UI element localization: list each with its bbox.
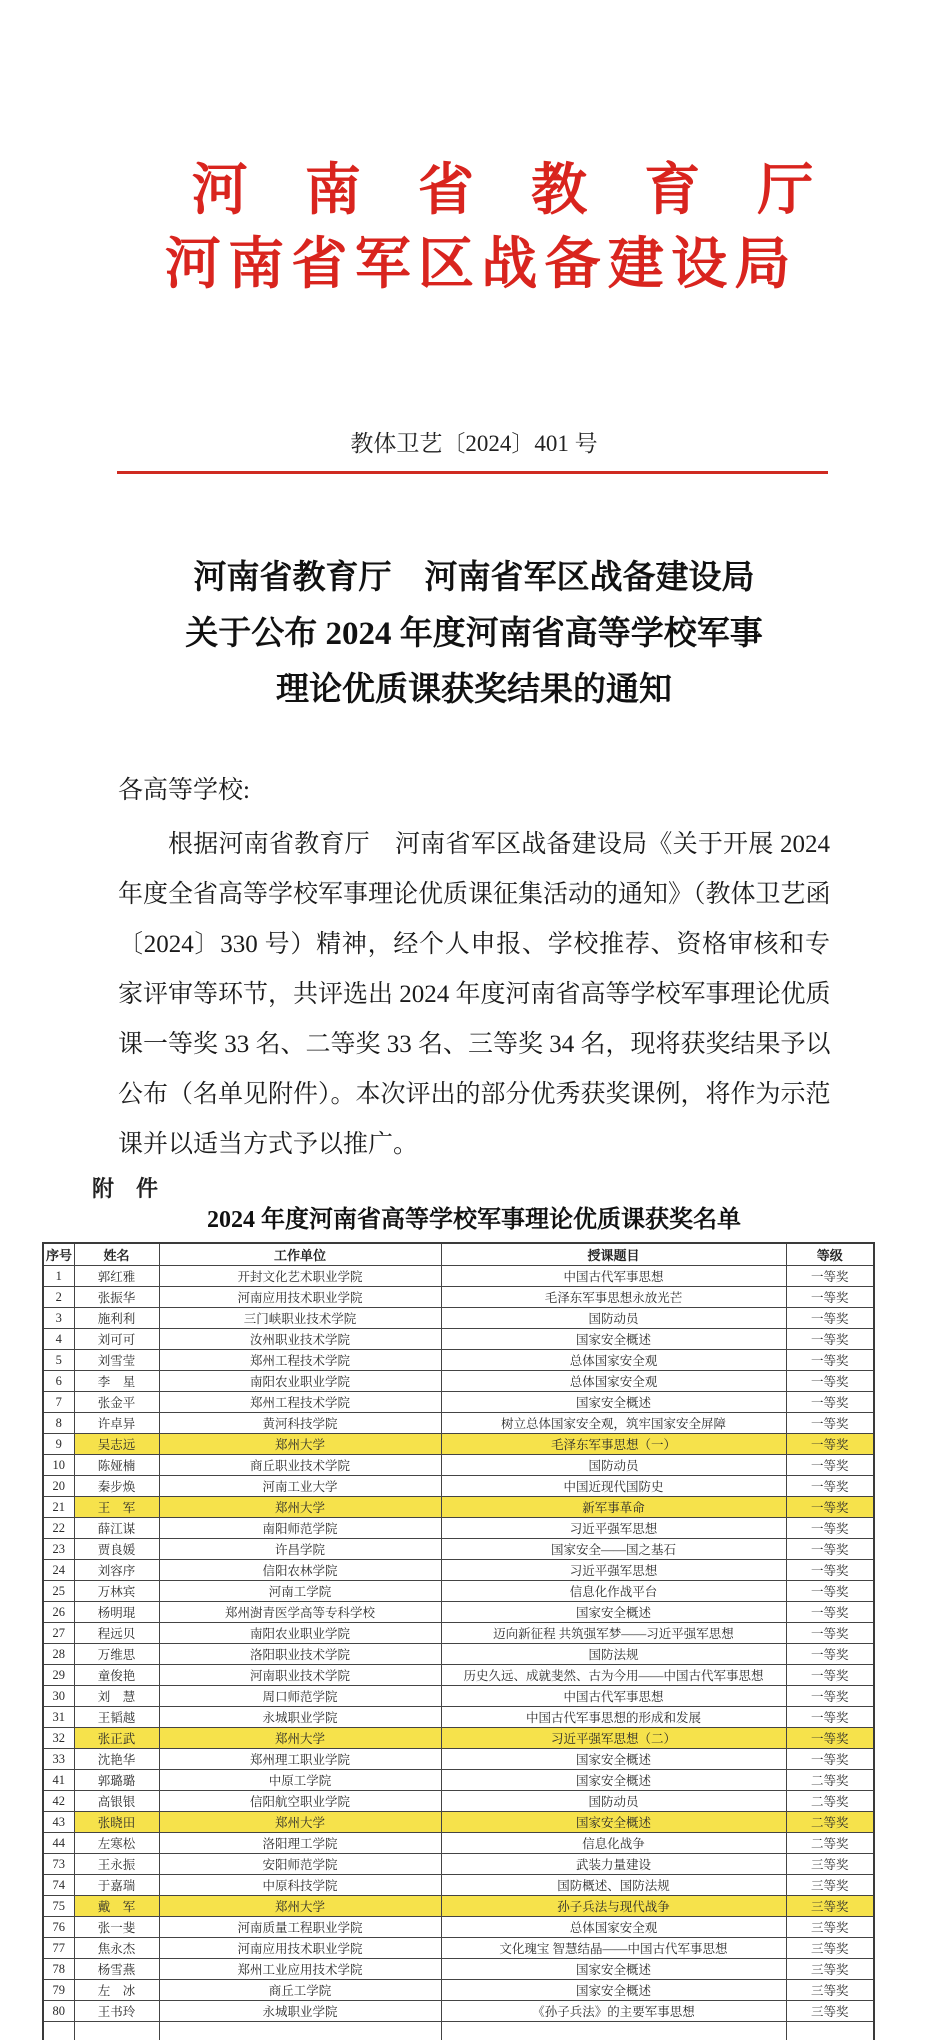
cell-topic: 国防动员 — [441, 1308, 786, 1329]
cell-no: 2 — [43, 1287, 74, 1308]
cell-topic: 国家安全概述 — [441, 1959, 786, 1980]
notice-title-line3: 理论优质课获奖结果的通知 — [0, 663, 948, 710]
cell-name: 万维思 — [74, 1644, 159, 1665]
cell-no: 9 — [43, 1434, 74, 1455]
table-row: 21王 军郑州大学新军事革命一等奖 — [43, 1497, 874, 1518]
table-row — [43, 2022, 874, 2040]
cell-topic: 中国古代军事思想 — [441, 1266, 786, 1287]
cell-name: 左 冰 — [74, 1980, 159, 2001]
cell-name: 王韬越 — [74, 1707, 159, 1728]
cell-grade: 一等奖 — [786, 1560, 874, 1581]
cell-no: 22 — [43, 1518, 74, 1539]
cell-grade: 一等奖 — [786, 1665, 874, 1686]
cell-grade: 一等奖 — [786, 1266, 874, 1287]
cell-grade: 一等奖 — [786, 1749, 874, 1770]
cell-name: 王书玲 — [74, 2001, 159, 2022]
cell-org: 郑州大学 — [159, 1497, 441, 1518]
cell-no: 8 — [43, 1413, 74, 1434]
body-line: 〔2024〕330 号）精神，经个人申报、学校推荐、资格审核和专 — [118, 920, 830, 970]
header-grade: 等级 — [786, 1243, 874, 1266]
cell-topic: 国家安全——国之基石 — [441, 1539, 786, 1560]
cell-name: 郭红雅 — [74, 1266, 159, 1287]
cell-grade: 三等奖 — [786, 1854, 874, 1875]
table-row: 44左寒松洛阳理工学院信息化战争二等奖 — [43, 1833, 874, 1854]
table-row: 42高银银信阳航空职业学院国防动员二等奖 — [43, 1791, 874, 1812]
cell-topic: 总体国家安全观 — [441, 1917, 786, 1938]
header-no: 序号 — [43, 1243, 74, 1266]
cell-no: 25 — [43, 1581, 74, 1602]
cell-no: 75 — [43, 1896, 74, 1917]
cell-topic: 历史久远、成就斐然、古为今用——中国古代军事思想 — [441, 1665, 786, 1686]
table-row: 6李 星南阳农业职业学院总体国家安全观一等奖 — [43, 1371, 874, 1392]
table-row: 10陈娅楠商丘职业技术学院国防动员一等奖 — [43, 1455, 874, 1476]
document-number: 教体卫艺〔2024〕401 号 — [0, 425, 948, 458]
cell-name — [74, 2022, 159, 2040]
cell-name: 左寒松 — [74, 1833, 159, 1854]
cell-grade: 一等奖 — [786, 1434, 874, 1455]
cell-topic: 国防动员 — [441, 1455, 786, 1476]
table-row: 28万维思洛阳职业技术学院国防法规一等奖 — [43, 1644, 874, 1665]
cell-org: 河南质量工程职业学院 — [159, 1917, 441, 1938]
header-org: 工作单位 — [159, 1243, 441, 1266]
cell-no: 32 — [43, 1728, 74, 1749]
cell-grade: 一等奖 — [786, 1329, 874, 1350]
cell-topic: 武装力量建设 — [441, 1854, 786, 1875]
cell-grade: 一等奖 — [786, 1455, 874, 1476]
cell-org: 洛阳职业技术学院 — [159, 1644, 441, 1665]
table-row: 29童俊艳河南职业技术学院历史久远、成就斐然、古为今用——中国古代军事思想一等奖 — [43, 1665, 874, 1686]
cell-org: 南阳农业职业学院 — [159, 1371, 441, 1392]
cell-grade: 一等奖 — [786, 1602, 874, 1623]
cell-org: 永城职业学院 — [159, 1707, 441, 1728]
table-row: 24刘容序信阳农林学院习近平强军思想一等奖 — [43, 1560, 874, 1581]
table-row: 32张正武郑州大学习近平强军思想（二）一等奖 — [43, 1728, 874, 1749]
cell-grade: 三等奖 — [786, 1896, 874, 1917]
cell-org — [159, 2022, 441, 2040]
cell-no: 42 — [43, 1791, 74, 1812]
cell-name: 杨明琨 — [74, 1602, 159, 1623]
cell-name: 王 军 — [74, 1497, 159, 1518]
cell-org: 开封文化艺术职业学院 — [159, 1266, 441, 1287]
cell-org: 商丘工学院 — [159, 1980, 441, 2001]
cell-topic: 毛泽东军事思想（一） — [441, 1434, 786, 1455]
cell-name: 张一斐 — [74, 1917, 159, 1938]
cell-topic: 习近平强军思想 — [441, 1560, 786, 1581]
cell-no: 73 — [43, 1854, 74, 1875]
cell-no: 76 — [43, 1917, 74, 1938]
table-row: 77焦永杰河南应用技术职业学院文化瑰宝 智慧结晶——中国古代军事思想三等奖 — [43, 1938, 874, 1959]
cell-org: 中原科技学院 — [159, 1875, 441, 1896]
cell-no: 1 — [43, 1266, 74, 1287]
cell-topic: 国家安全概述 — [441, 1980, 786, 2001]
cell-grade: 一等奖 — [786, 1308, 874, 1329]
cell-grade: 一等奖 — [786, 1287, 874, 1308]
cell-org: 永城职业学院 — [159, 2001, 441, 2022]
cell-no: 4 — [43, 1329, 74, 1350]
cell-topic: 中国古代军事思想 — [441, 1686, 786, 1707]
table-row: 25万林宾河南工学院信息化作战平台一等奖 — [43, 1581, 874, 1602]
header-topic: 授课题目 — [441, 1243, 786, 1266]
table-row: 26杨明琨郑州澍青医学高等专科学校国家安全概述一等奖 — [43, 1602, 874, 1623]
cell-name: 吴志远 — [74, 1434, 159, 1455]
table-row: 3施利利三门峡职业技术学院国防动员一等奖 — [43, 1308, 874, 1329]
cell-no: 21 — [43, 1497, 74, 1518]
cell-org: 洛阳理工学院 — [159, 1833, 441, 1854]
cell-name: 刘 慧 — [74, 1686, 159, 1707]
cell-name: 张金平 — [74, 1392, 159, 1413]
cell-name: 焦永杰 — [74, 1938, 159, 1959]
cell-name: 沈艳华 — [74, 1749, 159, 1770]
table-row: 74于嘉瑞中原科技学院国防概述、国防法规三等奖 — [43, 1875, 874, 1896]
cell-name: 张正武 — [74, 1728, 159, 1749]
cell-org: 许昌学院 — [159, 1539, 441, 1560]
table-header-row: 序号 姓名 工作单位 授课题目 等级 — [43, 1243, 874, 1266]
table-row: 33沈艳华郑州理工职业学院国家安全概述一等奖 — [43, 1749, 874, 1770]
cell-grade: 一等奖 — [786, 1476, 874, 1497]
table-row: 1郭红雅开封文化艺术职业学院中国古代军事思想一等奖 — [43, 1266, 874, 1287]
cell-name: 薛江谋 — [74, 1518, 159, 1539]
table-row: 75戴 军郑州大学孙子兵法与现代战争三等奖 — [43, 1896, 874, 1917]
cell-no: 41 — [43, 1770, 74, 1791]
cell-name: 高银银 — [74, 1791, 159, 1812]
cell-name: 施利利 — [74, 1308, 159, 1329]
table-row: 8许卓异黄河科技学院树立总体国家安全观，筑牢国家安全屏障一等奖 — [43, 1413, 874, 1434]
cell-grade — [786, 2022, 874, 2040]
cell-grade: 二等奖 — [786, 1791, 874, 1812]
cell-no: 33 — [43, 1749, 74, 1770]
cell-no: 78 — [43, 1959, 74, 1980]
cell-topic: 毛泽东军事思想永放光芒 — [441, 1287, 786, 1308]
cell-org: 郑州工业应用技术学院 — [159, 1959, 441, 1980]
cell-topic: 习近平强军思想（二） — [441, 1728, 786, 1749]
cell-name: 许卓异 — [74, 1413, 159, 1434]
cell-name: 戴 军 — [74, 1896, 159, 1917]
table-row: 23贾良媛许昌学院国家安全——国之基石一等奖 — [43, 1539, 874, 1560]
cell-topic: 国家安全概述 — [441, 1602, 786, 1623]
cell-org: 郑州大学 — [159, 1728, 441, 1749]
cell-grade: 一等奖 — [786, 1707, 874, 1728]
cell-topic: 国家安全概述 — [441, 1770, 786, 1791]
cell-no: 79 — [43, 1980, 74, 2001]
cell-grade: 一等奖 — [786, 1371, 874, 1392]
cell-org: 河南应用技术职业学院 — [159, 1938, 441, 1959]
table-row: 4刘可可汝州职业技术学院国家安全概述一等奖 — [43, 1329, 874, 1350]
document-page: 河南省教育厅 河南省军区战备建设局 教体卫艺〔2024〕401 号 河南省教育厅… — [0, 0, 948, 2040]
cell-org: 河南应用技术职业学院 — [159, 1287, 441, 1308]
table-row: 41郭璐璐中原工学院国家安全概述二等奖 — [43, 1770, 874, 1791]
cell-grade: 一等奖 — [786, 1497, 874, 1518]
table-row: 78杨雪燕郑州工业应用技术学院国家安全概述三等奖 — [43, 1959, 874, 1980]
table-row: 31王韬越永城职业学院中国古代军事思想的形成和发展一等奖 — [43, 1707, 874, 1728]
cell-grade: 三等奖 — [786, 2001, 874, 2022]
cell-name: 李 星 — [74, 1371, 159, 1392]
table-row: 22薛江谋南阳师范学院习近平强军思想一等奖 — [43, 1518, 874, 1539]
cell-org: 郑州理工职业学院 — [159, 1749, 441, 1770]
table-row: 43张晓田郑州大学国家安全概述二等奖 — [43, 1812, 874, 1833]
body-line: 根据河南省教育厅 河南省军区战备建设局《关于开展 2024 — [118, 820, 830, 870]
salutation: 各高等学校: — [118, 770, 250, 806]
body-line: 公布（名单见附件）。本次评出的部分优秀获奖课例，将作为示范 — [118, 1070, 830, 1120]
table-row: 73王永振安阳师范学院武装力量建设三等奖 — [43, 1854, 874, 1875]
cell-org: 河南职业技术学院 — [159, 1665, 441, 1686]
cell-name: 杨雪燕 — [74, 1959, 159, 1980]
cell-no — [43, 2022, 74, 2040]
cell-no: 27 — [43, 1623, 74, 1644]
cell-org: 信阳农林学院 — [159, 1560, 441, 1581]
cell-topic: 国防法规 — [441, 1644, 786, 1665]
cell-name: 陈娅楠 — [74, 1455, 159, 1476]
cell-grade: 一等奖 — [786, 1350, 874, 1371]
cell-name: 张振华 — [74, 1287, 159, 1308]
cell-no: 26 — [43, 1602, 74, 1623]
cell-topic: 树立总体国家安全观，筑牢国家安全屏障 — [441, 1413, 786, 1434]
cell-grade: 三等奖 — [786, 1980, 874, 2001]
cell-name: 万林宾 — [74, 1581, 159, 1602]
cell-org: 三门峡职业技术学院 — [159, 1308, 441, 1329]
cell-no: 24 — [43, 1560, 74, 1581]
body-line: 课并以适当方式予以推广。 — [118, 1120, 830, 1170]
cell-topic: 国家安全概述 — [441, 1749, 786, 1770]
cell-grade: 三等奖 — [786, 1917, 874, 1938]
notice-title-line2: 关于公布 2024 年度河南省高等学校军事 — [0, 607, 948, 654]
cell-org: 周口师范学院 — [159, 1686, 441, 1707]
cell-org: 郑州大学 — [159, 1812, 441, 1833]
table-row: 27程远贝南阳农业职业学院迈向新征程 共筑强军梦——习近平强军思想一等奖 — [43, 1623, 874, 1644]
cell-topic: 国防概述、国防法规 — [441, 1875, 786, 1896]
body-line: 家评审等环节，共评选出 2024 年度河南省高等学校军事理论优质 — [118, 970, 830, 1020]
cell-name: 于嘉瑞 — [74, 1875, 159, 1896]
cell-name: 贾良媛 — [74, 1539, 159, 1560]
body-line: 课一等奖 33 名、二等奖 33 名、三等奖 34 名，现将获奖结果予以 — [118, 1020, 830, 1070]
letterhead-line2: 河南省军区战备建设局 — [0, 220, 948, 300]
cell-grade: 三等奖 — [786, 1959, 874, 1980]
award-table-title: 2024 年度河南省高等学校军事理论优质课获奖名单 — [0, 1199, 948, 1234]
cell-grade: 一等奖 — [786, 1581, 874, 1602]
cell-topic: 总体国家安全观 — [441, 1371, 786, 1392]
cell-org: 商丘职业技术学院 — [159, 1455, 441, 1476]
cell-no: 7 — [43, 1392, 74, 1413]
award-table-body: 1郭红雅开封文化艺术职业学院中国古代军事思想一等奖2张振华河南应用技术职业学院毛… — [43, 1266, 874, 2040]
cell-name: 刘容序 — [74, 1560, 159, 1581]
cell-name: 童俊艳 — [74, 1665, 159, 1686]
cell-no: 3 — [43, 1308, 74, 1329]
cell-topic: 《孙子兵法》的主要军事思想 — [441, 2001, 786, 2022]
cell-topic: 中国近现代国防史 — [441, 1476, 786, 1497]
cell-topic: 信息化作战平台 — [441, 1581, 786, 1602]
cell-grade: 二等奖 — [786, 1770, 874, 1791]
cell-no: 77 — [43, 1938, 74, 1959]
cell-org: 郑州大学 — [159, 1896, 441, 1917]
award-table: 序号 姓名 工作单位 授课题目 等级 1郭红雅开封文化艺术职业学院中国古代军事思… — [42, 1242, 875, 2040]
table-row: 2张振华河南应用技术职业学院毛泽东军事思想永放光芒一等奖 — [43, 1287, 874, 1308]
cell-topic: 习近平强军思想 — [441, 1518, 786, 1539]
red-divider-line — [117, 471, 828, 474]
cell-org: 汝州职业技术学院 — [159, 1329, 441, 1350]
cell-grade: 一等奖 — [786, 1413, 874, 1434]
cell-grade: 一等奖 — [786, 1518, 874, 1539]
cell-name: 王永振 — [74, 1854, 159, 1875]
letterhead-line1: 河南省教育厅 — [0, 146, 948, 226]
cell-no: 80 — [43, 2001, 74, 2022]
cell-org: 黄河科技学院 — [159, 1413, 441, 1434]
cell-topic: 中国古代军事思想的形成和发展 — [441, 1707, 786, 1728]
cell-topic: 国家安全概述 — [441, 1812, 786, 1833]
cell-topic: 总体国家安全观 — [441, 1350, 786, 1371]
table-row: 76张一斐河南质量工程职业学院总体国家安全观三等奖 — [43, 1917, 874, 1938]
table-row: 5刘雪莹郑州工程技术学院总体国家安全观一等奖 — [43, 1350, 874, 1371]
table-row: 80王书玲永城职业学院《孙子兵法》的主要军事思想三等奖 — [43, 2001, 874, 2022]
cell-topic: 文化瑰宝 智慧结晶——中国古代军事思想 — [441, 1938, 786, 1959]
cell-name: 郭璐璐 — [74, 1770, 159, 1791]
cell-grade: 一等奖 — [786, 1623, 874, 1644]
cell-grade: 一等奖 — [786, 1686, 874, 1707]
cell-no: 29 — [43, 1665, 74, 1686]
cell-grade: 二等奖 — [786, 1812, 874, 1833]
cell-no: 30 — [43, 1686, 74, 1707]
cell-topic: 孙子兵法与现代战争 — [441, 1896, 786, 1917]
cell-org: 郑州工程技术学院 — [159, 1392, 441, 1413]
cell-org: 信阳航空职业学院 — [159, 1791, 441, 1812]
cell-no: 44 — [43, 1833, 74, 1854]
cell-name: 刘雪莹 — [74, 1350, 159, 1371]
cell-org: 南阳农业职业学院 — [159, 1623, 441, 1644]
cell-org: 郑州大学 — [159, 1434, 441, 1455]
cell-grade: 三等奖 — [786, 1938, 874, 1959]
cell-grade: 一等奖 — [786, 1392, 874, 1413]
cell-org: 南阳师范学院 — [159, 1518, 441, 1539]
table-row: 7张金平郑州工程技术学院国家安全概述一等奖 — [43, 1392, 874, 1413]
cell-no: 20 — [43, 1476, 74, 1497]
cell-grade: 一等奖 — [786, 1644, 874, 1665]
cell-name: 秦步焕 — [74, 1476, 159, 1497]
cell-no: 74 — [43, 1875, 74, 1896]
cell-no: 28 — [43, 1644, 74, 1665]
table-row: 79左 冰商丘工学院国家安全概述三等奖 — [43, 1980, 874, 2001]
cell-topic: 新军事革命 — [441, 1497, 786, 1518]
cell-grade: 一等奖 — [786, 1728, 874, 1749]
table-row: 30刘 慧周口师范学院中国古代军事思想一等奖 — [43, 1686, 874, 1707]
cell-topic: 迈向新征程 共筑强军梦——习近平强军思想 — [441, 1623, 786, 1644]
header-name: 姓名 — [74, 1243, 159, 1266]
cell-name: 刘可可 — [74, 1329, 159, 1350]
cell-no: 5 — [43, 1350, 74, 1371]
cell-topic — [441, 2022, 786, 2040]
body-paragraph: 根据河南省教育厅 河南省军区战备建设局《关于开展 2024 年度全省高等学校军事… — [118, 820, 830, 1170]
cell-org: 河南工学院 — [159, 1581, 441, 1602]
cell-topic: 国家安全概述 — [441, 1329, 786, 1350]
cell-no: 31 — [43, 1707, 74, 1728]
cell-org: 中原工学院 — [159, 1770, 441, 1791]
cell-grade: 三等奖 — [786, 1875, 874, 1896]
body-line: 年度全省高等学校军事理论优质课征集活动的通知》（教体卫艺函 — [118, 870, 830, 920]
table-row: 9吴志远郑州大学毛泽东军事思想（一）一等奖 — [43, 1434, 874, 1455]
cell-org: 安阳师范学院 — [159, 1854, 441, 1875]
cell-grade: 一等奖 — [786, 1539, 874, 1560]
notice-title-line1: 河南省教育厅 河南省军区战备建设局 — [0, 551, 948, 598]
cell-name: 程远贝 — [74, 1623, 159, 1644]
cell-no: 10 — [43, 1455, 74, 1476]
cell-org: 河南工业大学 — [159, 1476, 441, 1497]
cell-topic: 信息化战争 — [441, 1833, 786, 1854]
cell-no: 23 — [43, 1539, 74, 1560]
cell-topic: 国防动员 — [441, 1791, 786, 1812]
table-row: 20秦步焕河南工业大学中国近现代国防史一等奖 — [43, 1476, 874, 1497]
cell-org: 郑州澍青医学高等专科学校 — [159, 1602, 441, 1623]
cell-no: 6 — [43, 1371, 74, 1392]
cell-grade: 二等奖 — [786, 1833, 874, 1854]
cell-topic: 国家安全概述 — [441, 1392, 786, 1413]
cell-name: 张晓田 — [74, 1812, 159, 1833]
cell-no: 43 — [43, 1812, 74, 1833]
cell-org: 郑州工程技术学院 — [159, 1350, 441, 1371]
